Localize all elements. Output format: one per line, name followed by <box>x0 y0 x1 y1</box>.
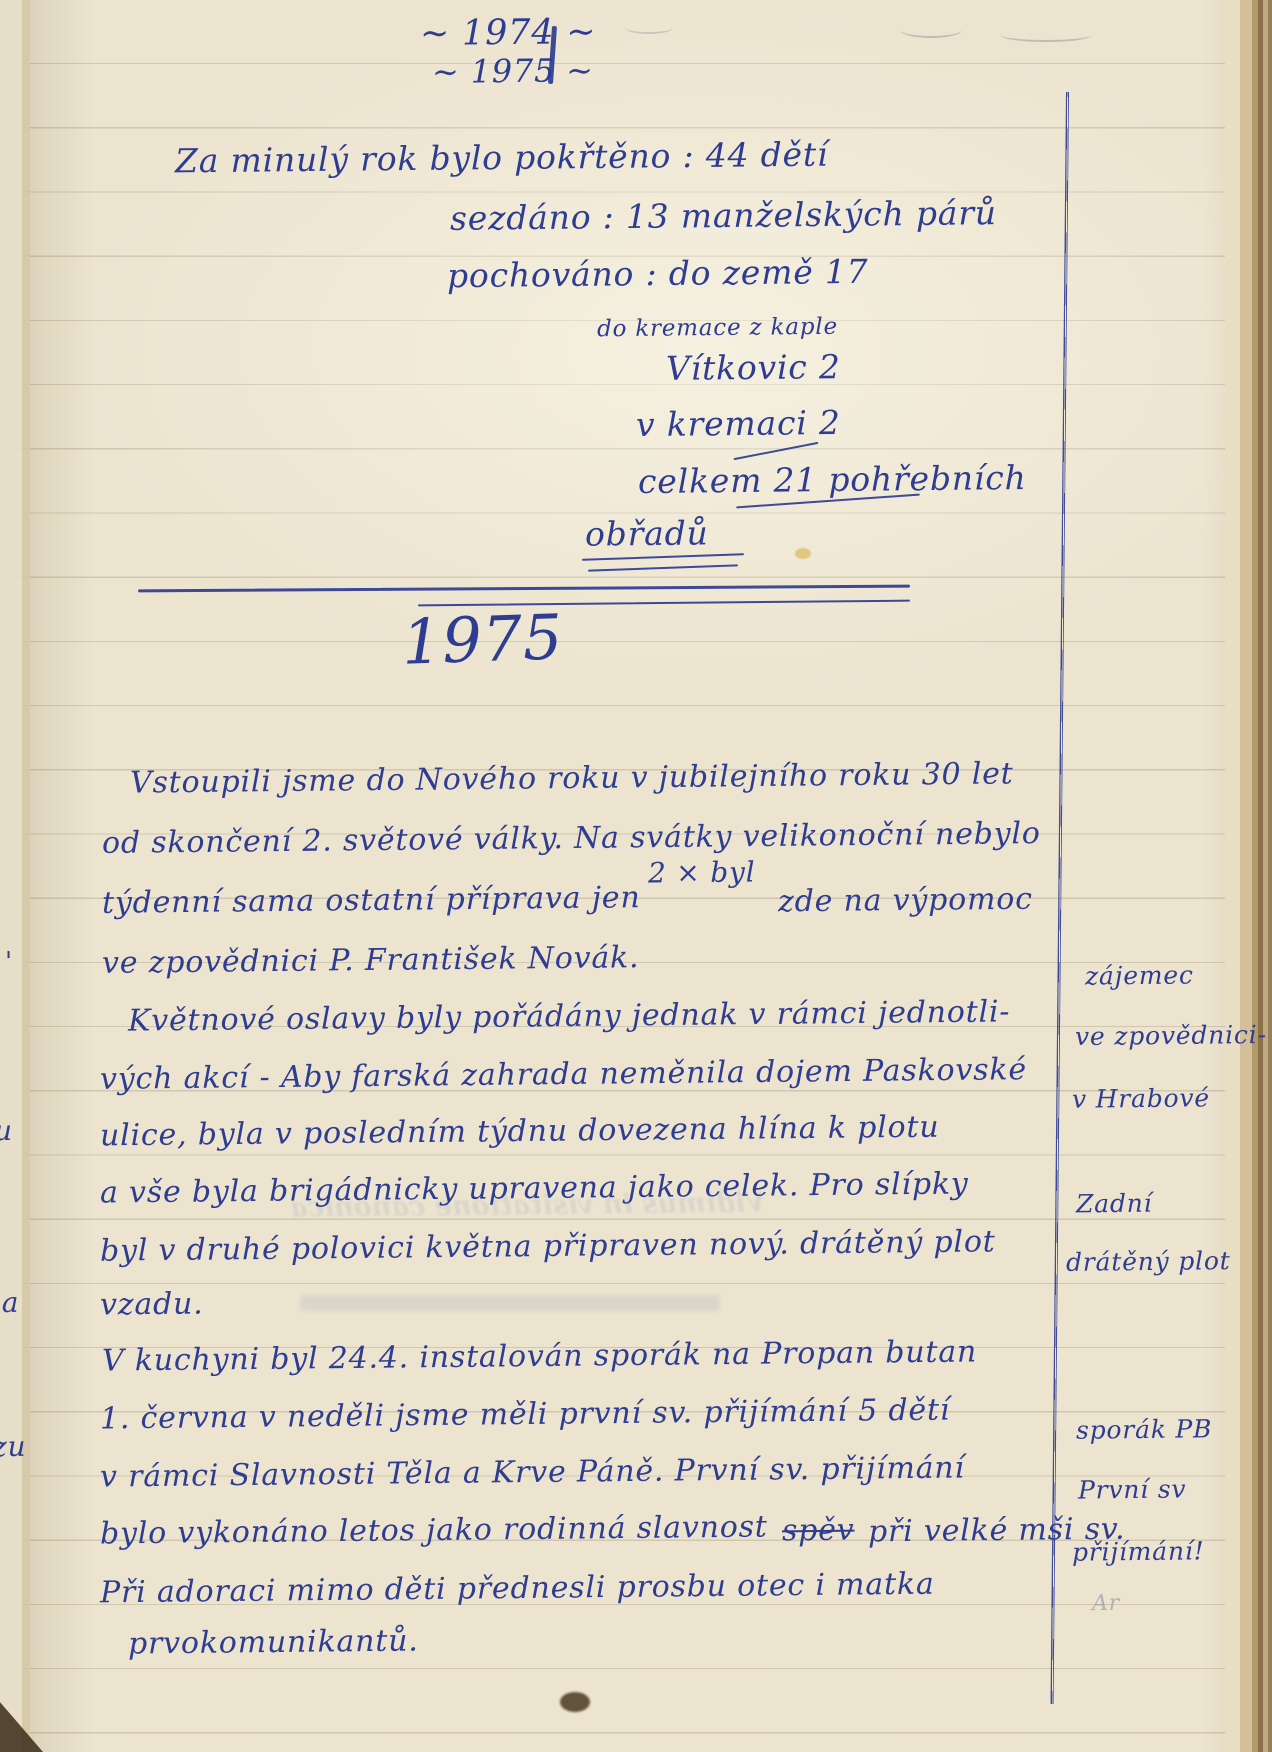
summary-in-crematorium: v kremaci 2 <box>636 405 841 443</box>
separator-line-1 <box>138 585 910 592</box>
paragraph3-line4-struck-word: spěv <box>782 1514 855 1548</box>
paragraph3-line3: v rámci Slavnosti Těla a Krve Páně. Prvn… <box>100 1451 965 1493</box>
margin-note-pencil: Ar <box>1092 1592 1120 1616</box>
summary-cremation-chapel: do kremace z kaple <box>597 315 838 343</box>
underline-ceremonies-2 <box>588 564 738 572</box>
paragraph2-line4: a vše byla brigádnicky upravena jako cel… <box>100 1167 969 1209</box>
edge-fragment: zu <box>0 1432 27 1463</box>
paragraph3-line2: 1. června v neděli jsme měli první sv. p… <box>100 1394 951 1436</box>
year-header-1974: ~ 1974 ~ <box>420 13 597 53</box>
edge-fragment: u <box>0 1116 13 1147</box>
paragraph1-line4: ve zpovědnici P. František Novák. <box>102 941 640 980</box>
paragraph3-line1: V kuchyni byl 24.4. instalován sporák na… <box>102 1335 977 1377</box>
margin-note-drateny-plot: drátěný plot <box>1066 1247 1231 1276</box>
paragraph2-line6: vzadu. <box>100 1287 204 1321</box>
dark-stain <box>560 1692 590 1712</box>
summary-baptized: Za minulý rok bylo pokřtěno : 44 dětí <box>175 137 829 180</box>
margin-note-prijimani: přijímání! <box>1072 1537 1205 1566</box>
yellow-stain <box>795 548 811 559</box>
paragraph2-line5: byl v druhé polovici května připraven no… <box>100 1225 996 1267</box>
notebook-page: Vidimus in visitatione canonica ~ 1974 ~… <box>0 0 1272 1752</box>
summary-total: celkem 21 pohřebních <box>638 460 1027 500</box>
paragraph1-line3a: týdenní sama ostatní příprava jen <box>102 881 641 920</box>
margin-note-sporak-pb: sporák PB <box>1076 1415 1213 1444</box>
margin-note-ve-zpovednici: ve zpovědnici- <box>1075 1021 1267 1051</box>
summary-married: sezdáno : 13 manželských párů <box>450 195 997 237</box>
paragraph2-line1: Květnové oslavy byly pořádány jednak v r… <box>128 995 1011 1037</box>
bleedthrough-smudge <box>300 1295 720 1311</box>
underline-crematorium-count <box>734 442 819 461</box>
paragraph3-line4: bylo vykonáno letos jako rodinná slavnos… <box>100 1514 1126 1547</box>
margin-rule-line <box>1051 92 1070 1704</box>
underline-ceremonies-1 <box>582 553 744 561</box>
edge-fragment: ia <box>0 1288 19 1319</box>
summary-vitkovice: Vítkovic 2 <box>666 349 841 387</box>
year-header-1975: ~ 1975 ~ <box>432 53 594 90</box>
margin-note-zajemec: zájemec <box>1085 961 1194 990</box>
paragraph3-line6: prvokomunikantů. <box>128 1624 419 1660</box>
paragraph2-line2: vých akcí - Aby farská zahrada neměnila … <box>100 1053 1027 1096</box>
paragraph1-line3c: zde na výpomoc <box>778 883 1033 919</box>
faded-scribble <box>1000 28 1092 42</box>
summary-ceremonies: obřadů <box>585 515 709 553</box>
edge-fragment: ' <box>5 948 13 977</box>
paragraph1-line2: od skončení 2. světové války. Na svátky … <box>102 817 1041 860</box>
paragraph2-line3: ulice, byla v posledním týdnu dovezena h… <box>100 1111 940 1153</box>
right-page-edge <box>1225 0 1272 1752</box>
left-page-edge <box>0 0 30 1752</box>
paragraph3-line4a: bylo vykonáno letos jako rodinná slavnos… <box>100 1511 768 1551</box>
faded-scribble <box>625 22 673 34</box>
margin-note-v-hrabove: v Hrabové <box>1072 1084 1210 1113</box>
paragraph1-line3-superscript: 2 × byl <box>648 857 756 889</box>
faded-scribble <box>900 22 962 38</box>
summary-buried-ground: pochováno : do země 17 <box>447 254 869 295</box>
margin-note-prvni-sv: První sv <box>1078 1475 1187 1504</box>
margin-note-zadni: Zadní <box>1076 1190 1153 1218</box>
paragraph1-line1: Vstoupili jsme do Nového roku v jubilejn… <box>130 757 1014 799</box>
section-title-1975: 1975 <box>401 603 564 677</box>
scanned-notebook-photo: { "ink_color": "#2e3c92", "paper_color":… <box>0 0 1272 1752</box>
paragraph3-line5: Při adoraci mimo děti přednesli prosbu o… <box>100 1568 935 1610</box>
